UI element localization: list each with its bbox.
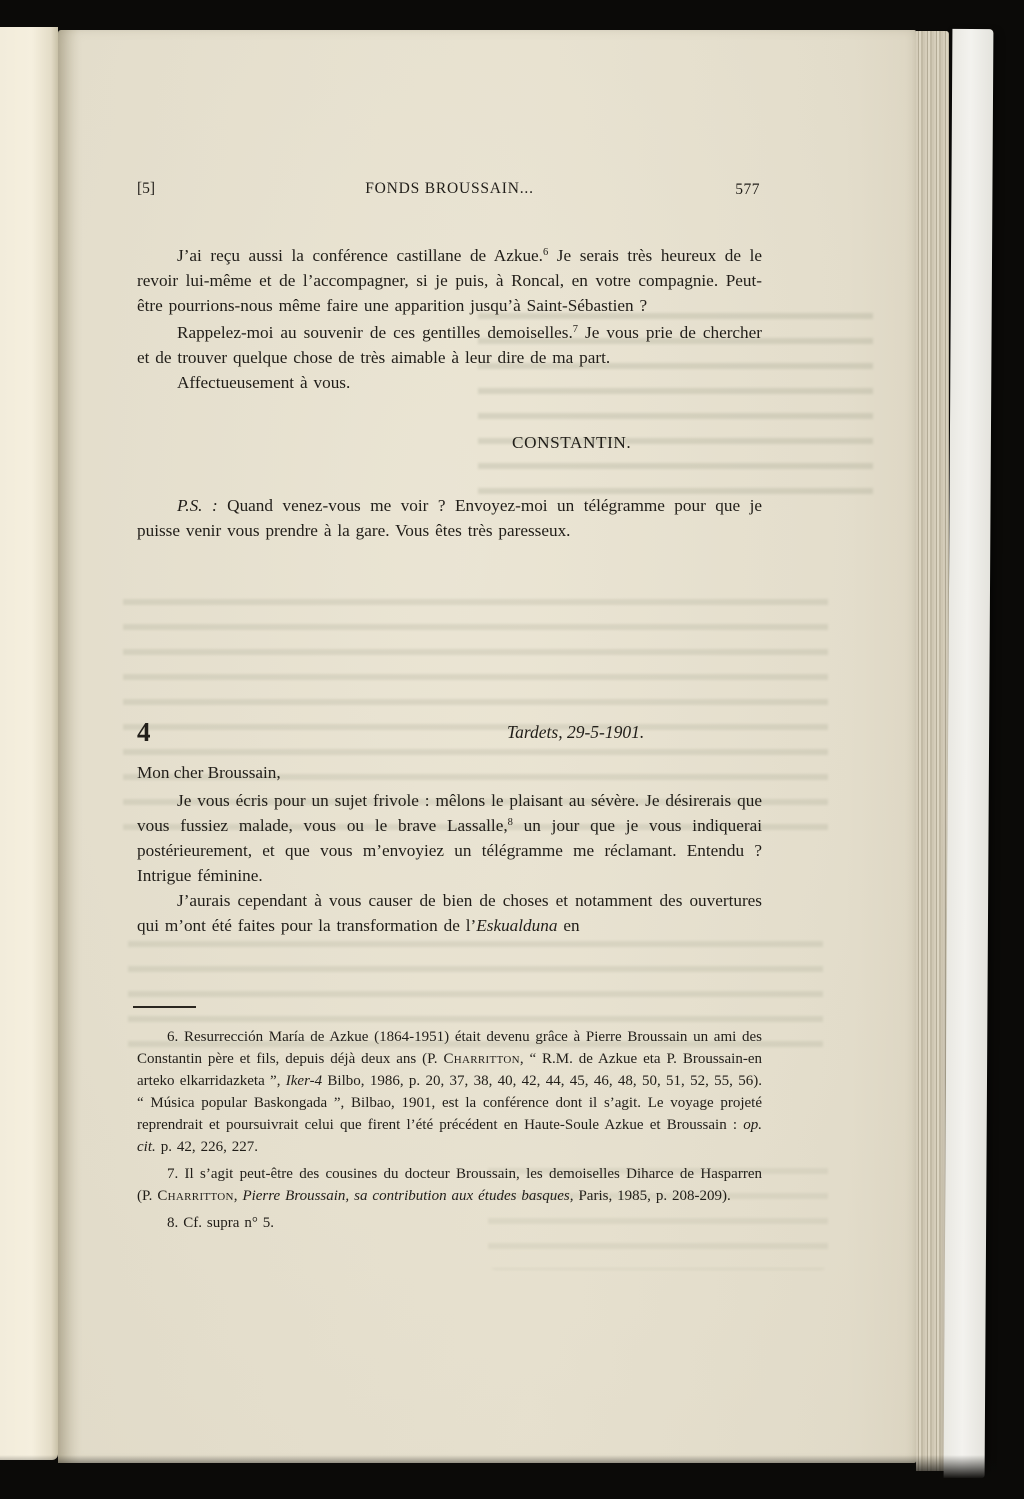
letter-paragraph: Rappelez-moi au souvenir de ces gentille… <box>137 320 762 370</box>
running-title: FONDS BROUSSAIN... <box>137 180 762 198</box>
letter-4-body: 4 Tardets, 29-5-1901. Mon cher Broussain… <box>137 716 762 938</box>
work-title: Iker-4 <box>286 1073 322 1089</box>
ps-label: P.S. : <box>177 496 218 515</box>
letter-paragraph: Je vous écris pour un sujet frivole : mê… <box>137 788 762 888</box>
footnote-7: 7. Il s’agit peut-être des cousines du d… <box>137 1163 762 1207</box>
footnote-8: 8. Cf. supra n° 5. <box>137 1212 762 1234</box>
left-page-edge <box>0 27 58 1460</box>
author-name: Charritton <box>443 1051 519 1067</box>
letter-closing: Affectueusement à vous. <box>137 370 762 395</box>
footnote-6: 6. Resurrección María de Azkue (1864-195… <box>137 1026 762 1158</box>
book-bottom-shadow <box>0 1455 1000 1499</box>
page-text-block: FONDS BROUSSAIN... [5] 577 J’ai reçu aus… <box>137 30 762 1463</box>
letter-number: 4 <box>137 717 151 747</box>
footnote-text: p. 42, 226, 227. <box>156 1139 258 1155</box>
footnote-text: Paris, 1985, p. 208-209). <box>574 1188 731 1204</box>
paragraph-text: Rappelez-moi au souvenir de ces gentille… <box>177 323 573 342</box>
letter-signature: CONSTANTIN. <box>512 430 762 455</box>
letter-paragraph: J’aurais cependant à vous causer de bien… <box>137 888 762 938</box>
letter-postscript: P.S. : Quand venez-vous me voir ? Envoye… <box>137 493 762 543</box>
author-name: Charritton <box>157 1188 233 1204</box>
letter-4-heading: 4 Tardets, 29-5-1901. <box>137 716 762 760</box>
footnotes-section: 6. Resurrección María de Azkue (1864-195… <box>137 1006 762 1234</box>
book-scan: FONDS BROUSSAIN... [5] 577 J’ai reçu aus… <box>0 0 1024 1499</box>
paragraph-text: J’ai reçu aussi la conférence castillane… <box>177 246 543 265</box>
paragraph-text: Quand venez-vous me voir ? Envoyez-moi u… <box>137 496 762 540</box>
journal-title: Eskualduna <box>476 916 557 935</box>
back-pages-edge <box>944 29 994 1478</box>
letter-salutation: Mon cher Broussain, <box>137 760 762 785</box>
book-page: FONDS BROUSSAIN... [5] 577 J’ai reçu aus… <box>58 30 916 1463</box>
work-title: Pierre Broussain, sa contribution aux ét… <box>242 1188 573 1204</box>
letter-dateline: Tardets, 29-5-1901. <box>507 722 644 743</box>
letter-bracket-number: [5] <box>137 180 155 198</box>
paragraph-text: J’aurais cependant à vous causer de bien… <box>137 891 762 935</box>
footnote-separator-rule <box>133 1006 196 1008</box>
paragraph-text: en <box>557 916 579 935</box>
letter-paragraph: J’ai reçu aussi la conférence castillane… <box>137 243 762 318</box>
page-number: 577 <box>735 181 760 199</box>
letter-3-body: J’ai reçu aussi la conférence castillane… <box>137 243 762 543</box>
